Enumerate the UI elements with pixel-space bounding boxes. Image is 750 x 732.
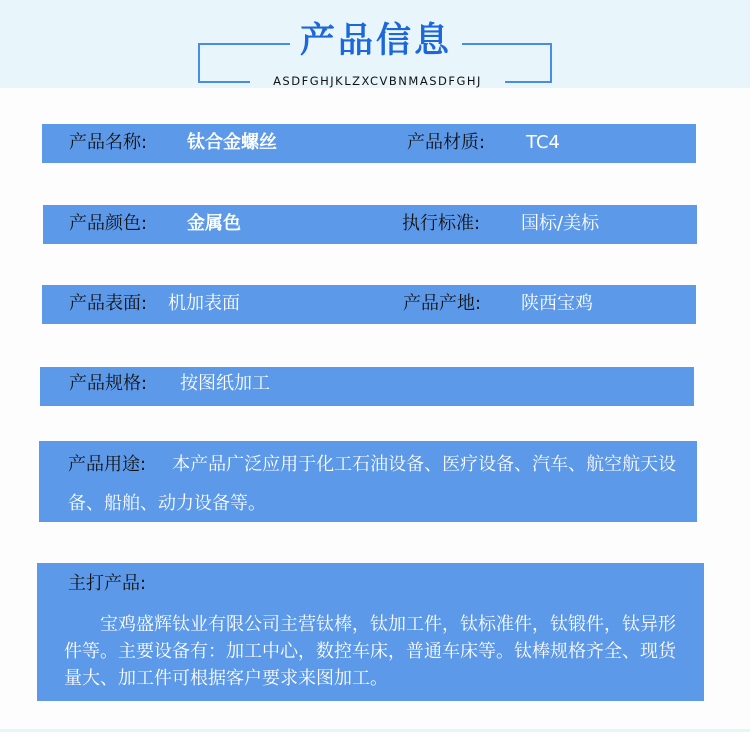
frame-left-vertical bbox=[198, 43, 200, 83]
frame-top-right bbox=[462, 43, 552, 45]
frame-bottom-left bbox=[198, 81, 250, 83]
usage-value: 本产品广泛应用于化工石油设备、医疗设备、汽车、航空航天设备、船舶、动力设备等。 bbox=[68, 454, 676, 514]
name-value: 钛合金螺丝 bbox=[187, 132, 277, 154]
standard-value: 国标/美标 bbox=[521, 213, 599, 235]
info-row-usage: 产品用途:本产品广泛应用于化工石油设备、医疗设备、汽车、航空航天设备、船舶、动力… bbox=[39, 441, 697, 522]
info-row-name-material: 产品名称: 钛合金螺丝 产品材质: TC4 bbox=[42, 124, 696, 163]
frame-right-vertical bbox=[550, 43, 552, 83]
surface-value: 机加表面 bbox=[168, 293, 240, 315]
origin-value: 陕西宝鸡 bbox=[521, 293, 593, 315]
frame-bottom-right bbox=[505, 81, 552, 83]
page-title: 产品信息 bbox=[290, 18, 462, 64]
name-label: 产品名称: bbox=[69, 132, 147, 154]
color-label: 产品颜色: bbox=[69, 213, 147, 235]
main-products-body: 宝鸡盛辉钛业有限公司主营钛棒，钛加工件，钛标准件，钛锻件，钛异形件等。主要设备有… bbox=[64, 611, 689, 692]
info-row-color-standard: 产品颜色: 金属色 执行标准: 国标/美标 bbox=[43, 205, 697, 244]
color-value: 金属色 bbox=[187, 213, 241, 235]
origin-label: 产品产地: bbox=[403, 293, 481, 315]
info-row-surface-origin: 产品表面: 机加表面 产品产地: 陕西宝鸡 bbox=[42, 285, 696, 324]
info-row-spec: 产品规格: 按图纸加工 bbox=[40, 367, 694, 406]
main-products-panel: 主打产品: 宝鸡盛辉钛业有限公司主营钛棒，钛加工件，钛标准件，钛锻件，钛异形件等… bbox=[37, 563, 704, 701]
surface-label: 产品表面: bbox=[69, 293, 147, 315]
main-products-heading: 主打产品: bbox=[68, 573, 146, 595]
material-value: TC4 bbox=[526, 132, 560, 154]
spec-value: 按图纸加工 bbox=[180, 373, 270, 395]
page-subtitle: ASDFGHJKLZXCVBNMASDFGHJ bbox=[250, 74, 505, 88]
standard-label: 执行标准: bbox=[402, 213, 480, 235]
material-label: 产品材质: bbox=[407, 132, 485, 154]
usage-label: 产品用途: bbox=[68, 454, 146, 475]
spec-label: 产品规格: bbox=[69, 373, 147, 395]
usage-text: 产品用途:本产品广泛应用于化工石油设备、医疗设备、汽车、航空航天设备、船舶、动力… bbox=[68, 445, 708, 523]
frame-top-left bbox=[198, 43, 290, 45]
